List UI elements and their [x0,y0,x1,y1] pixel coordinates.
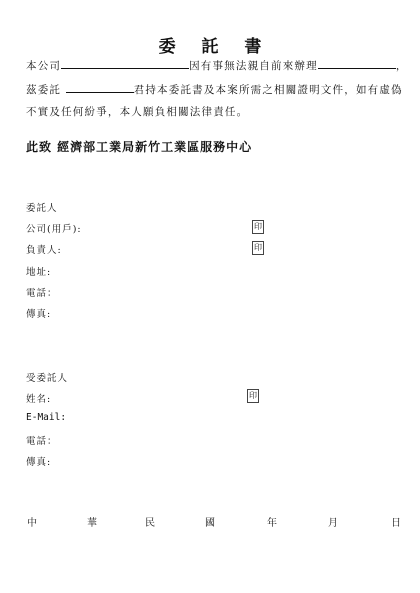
date-char: 華 [87,514,97,529]
line1-suffix: ， [396,60,408,72]
date-char: 中 [27,514,37,529]
seal-icon: 印 [252,220,264,234]
company-blank[interactable] [61,59,189,69]
date-char: 月 [328,514,338,529]
line2-prefix: 茲委託 [26,84,66,96]
principal-heading: 委託人 [26,200,58,214]
principal-phone-label: 電話： [26,285,58,299]
line2-suffix: 君持本委託書及本案所需之相關證明文件，如有虛偽 [134,84,403,96]
agent-fax-label: 傳真: [26,454,51,468]
seal-icon: 印 [247,389,259,403]
date-char: 日 [391,514,401,529]
date-char: 年 [267,514,277,529]
agent-phone-label: 電話： [26,433,58,447]
paragraph-line-1: 本公司因有事無法親自前來辦理， [26,58,408,73]
principal-fax-label: 傳真: [26,306,51,320]
agent-heading: 受委託人 [26,370,68,384]
matter-blank[interactable] [318,59,396,69]
principal-representative-label: 負責人: [26,242,62,256]
document-title: 委 託 書 [0,32,420,57]
principal-company-label: 公司(用戶): [26,221,82,235]
agent-name-label: 姓名: [26,391,51,405]
agent-email-label: E-Mail: [26,412,66,423]
paragraph-line-2: 茲委託 君持本委託書及本案所需之相關證明文件，如有虛偽 [26,82,403,97]
principal-address-label: 地址: [26,264,51,278]
addressee: 此致 經濟部工業局新竹工業區服務中心 [26,138,252,155]
agent-name-blank[interactable] [66,83,134,93]
date-char: 國 [205,514,215,529]
seal-icon: 印 [252,241,264,255]
paragraph-line-3: 不實及任何紛爭，本人願負相關法律責任。 [26,104,248,119]
date-char: 民 [145,514,155,529]
line1-prefix: 本公司 [26,60,61,72]
line1-middle: 因有事無法親自前來辦理 [189,60,318,72]
